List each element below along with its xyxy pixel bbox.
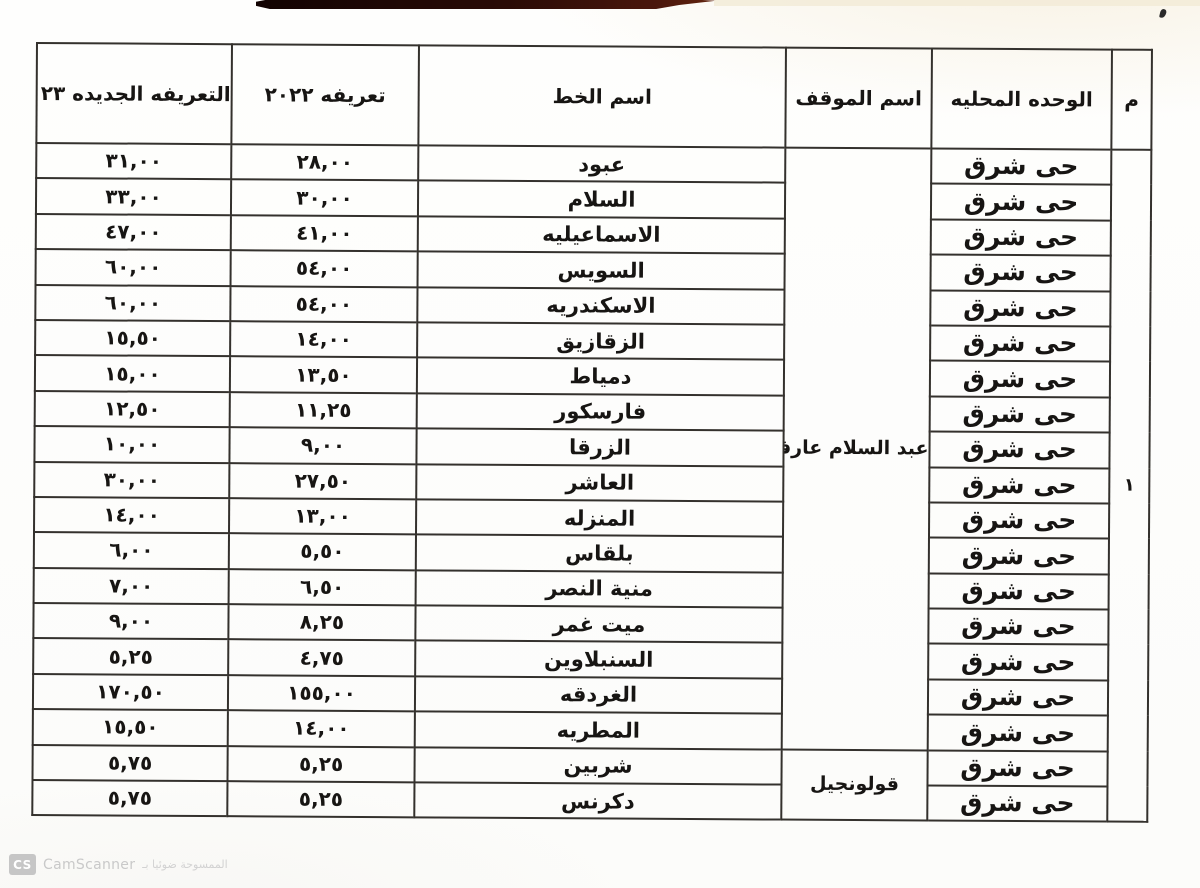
tariff-2023-cell: ١٥,٥٠	[33, 709, 228, 746]
tariff-2022-cell: ١٤,٠٠	[230, 321, 417, 358]
camscanner-brand-text: CamScanner	[43, 857, 135, 873]
camscanner-arabic-text: الممسوحة ضوئيا بـ	[142, 858, 227, 871]
header-serial: م	[1111, 50, 1152, 150]
local-unit-cell: حى شرق	[928, 679, 1108, 715]
line-name-cell: شربين	[414, 747, 781, 785]
line-name-cell: الاسكندريه	[417, 287, 784, 325]
header-line-name: اسم الخط	[418, 45, 786, 147]
tariff-2022-cell: ١٤,٠٠	[228, 710, 415, 747]
line-name-cell: دكرنس	[414, 782, 781, 820]
tariff-2023-cell: ١٠,٠٠	[34, 426, 229, 463]
stop-name-cell: عبد السلام عارف	[782, 148, 932, 751]
local-unit-cell: حى شرق	[927, 750, 1107, 786]
tariff-2022-cell: ٦,٥٠	[229, 569, 416, 606]
local-unit-cell: حى شرق	[930, 325, 1110, 361]
tariff-2022-cell: ١٥٥,٠٠	[228, 675, 415, 712]
local-unit-cell: حى شرق	[928, 715, 1108, 751]
tariff-2023-cell: ٧,٠٠	[34, 568, 229, 605]
local-unit-cell: حى شرق	[929, 538, 1109, 574]
local-unit-cell: حى شرق	[928, 644, 1108, 680]
tariff-2022-cell: ٨,٢٥	[228, 604, 415, 641]
tariff-2023-cell: ١٢,٥٠	[35, 391, 230, 428]
tariff-2022-cell: ١١,٢٥	[230, 392, 417, 429]
tariff-2022-cell: ٢٨,٠٠	[231, 144, 418, 181]
local-unit-cell: حى شرق	[930, 396, 1110, 432]
tariff-2023-cell: ٦٠,٠٠	[36, 249, 231, 286]
tariff-2023-cell: ٦٠,٠٠	[35, 285, 230, 322]
header-stop-name: اسم الموقف	[785, 48, 932, 149]
tariff-2022-cell: ٣٠,٠٠	[231, 180, 418, 217]
tariff-2022-cell: ٥٤,٠٠	[231, 250, 418, 287]
line-name-cell: عبود	[418, 145, 785, 183]
header-tariff-2023: التعريفه الجديده ٢٠٢٣	[36, 43, 232, 144]
local-unit-cell: حى شرق	[930, 290, 1110, 326]
local-unit-cell: حى شرق	[929, 573, 1109, 609]
local-unit-cell: حى شرق	[929, 467, 1109, 503]
line-name-cell: ميت غمر	[415, 605, 782, 643]
tariff-2022-cell: ١٣,٠٠	[229, 498, 416, 535]
tariff-2023-cell: ١٧٠,٥٠	[33, 674, 228, 711]
tariff-table: م الوحده المحليه اسم الموقف اسم الخط تعر…	[31, 42, 1153, 823]
tariff-2022-cell: ٥,٥٠	[229, 533, 416, 570]
tariff-2022-cell: ٤١,٠٠	[231, 215, 418, 252]
local-unit-cell: حى شرق	[931, 148, 1111, 184]
line-name-cell: السنبلاوين	[415, 641, 782, 679]
tariff-2022-cell: ٥,٢٥	[227, 781, 414, 818]
tariff-2023-cell: ٣٠,٠٠	[34, 462, 229, 499]
scan-edge-shadow	[714, 0, 1200, 6]
local-unit-cell: حى شرق	[927, 785, 1107, 821]
tariff-2023-cell: ١٤,٠٠	[34, 497, 229, 534]
stop-name-cell: قولونجيل	[781, 749, 927, 821]
tariff-2022-cell: ٢٧,٥٠	[229, 463, 416, 500]
tariff-2023-cell: ٦,٠٠	[34, 532, 229, 569]
local-unit-cell: حى شرق	[928, 609, 1108, 645]
line-name-cell: المنزله	[416, 499, 783, 537]
tariff-2022-cell: ٥٤,٠٠	[230, 286, 417, 323]
serial-cell: ١	[1107, 150, 1151, 823]
tariff-2022-cell: ٤,٧٥	[228, 640, 415, 677]
line-name-cell: السلام	[418, 181, 785, 219]
local-unit-cell: حى شرق	[929, 502, 1109, 538]
line-name-cell: الزقازيق	[417, 322, 784, 360]
line-name-cell: فارسكور	[417, 393, 784, 431]
line-name-cell: المطريه	[415, 712, 782, 750]
tariff-2023-cell: ٣١,٠٠	[36, 143, 231, 180]
tariff-2023-cell: ٩,٠٠	[33, 603, 228, 640]
local-unit-cell: حى شرق	[931, 255, 1111, 291]
header-row: م الوحده المحليه اسم الموقف اسم الخط تعر…	[36, 43, 1152, 150]
tariff-2023-cell: ٥,٧٥	[32, 745, 227, 782]
camscanner-watermark: CS CamScanner الممسوحة ضوئيا بـ	[9, 854, 228, 875]
tariff-table-body: ١حى شرقعبد السلام عارفعبود٢٨,٠٠٣١,٠٠حى ش…	[32, 143, 1151, 822]
line-name-cell: الاسماعيليه	[418, 216, 785, 254]
local-unit-cell: حى شرق	[931, 184, 1111, 220]
tariff-2023-cell: ٤٧,٠٠	[36, 214, 231, 251]
tariff-2023-cell: ٣٣,٠٠	[36, 178, 231, 215]
tariff-2022-cell: ٩,٠٠	[229, 427, 416, 464]
tariff-2023-cell: ٥,٢٥	[33, 638, 228, 675]
tariff-2022-cell: ١٣,٥٠	[230, 357, 417, 394]
tariff-2023-cell: ١٥,٠٠	[35, 355, 230, 392]
line-name-cell: منية النصر	[416, 570, 783, 608]
line-name-cell: العاشر	[416, 464, 783, 502]
tariff-2023-cell: ٥,٧٥	[32, 780, 227, 817]
line-name-cell: الزرقا	[416, 428, 783, 466]
local-unit-cell: حى شرق	[929, 432, 1109, 468]
camscanner-logo-icon: CS	[9, 854, 36, 875]
header-tariff-2022: تعريفه ٢٠٢٢	[231, 44, 419, 145]
tariff-2023-cell: ١٥,٥٠	[35, 320, 230, 357]
scan-edge-artifact	[256, 0, 716, 9]
line-name-cell: بلقاس	[416, 535, 783, 573]
line-name-cell: الغردقه	[415, 676, 782, 714]
header-local-unit: الوحده المحليه	[931, 48, 1112, 149]
line-name-cell: السويس	[418, 252, 785, 290]
table-row: حى شرقدكرنس٥,٢٥٥,٧٥	[32, 780, 1147, 822]
local-unit-cell: حى شرق	[931, 219, 1111, 255]
local-unit-cell: حى شرق	[930, 361, 1110, 397]
tariff-2022-cell: ٥,٢٥	[227, 746, 414, 783]
line-name-cell: دمياط	[417, 358, 784, 396]
